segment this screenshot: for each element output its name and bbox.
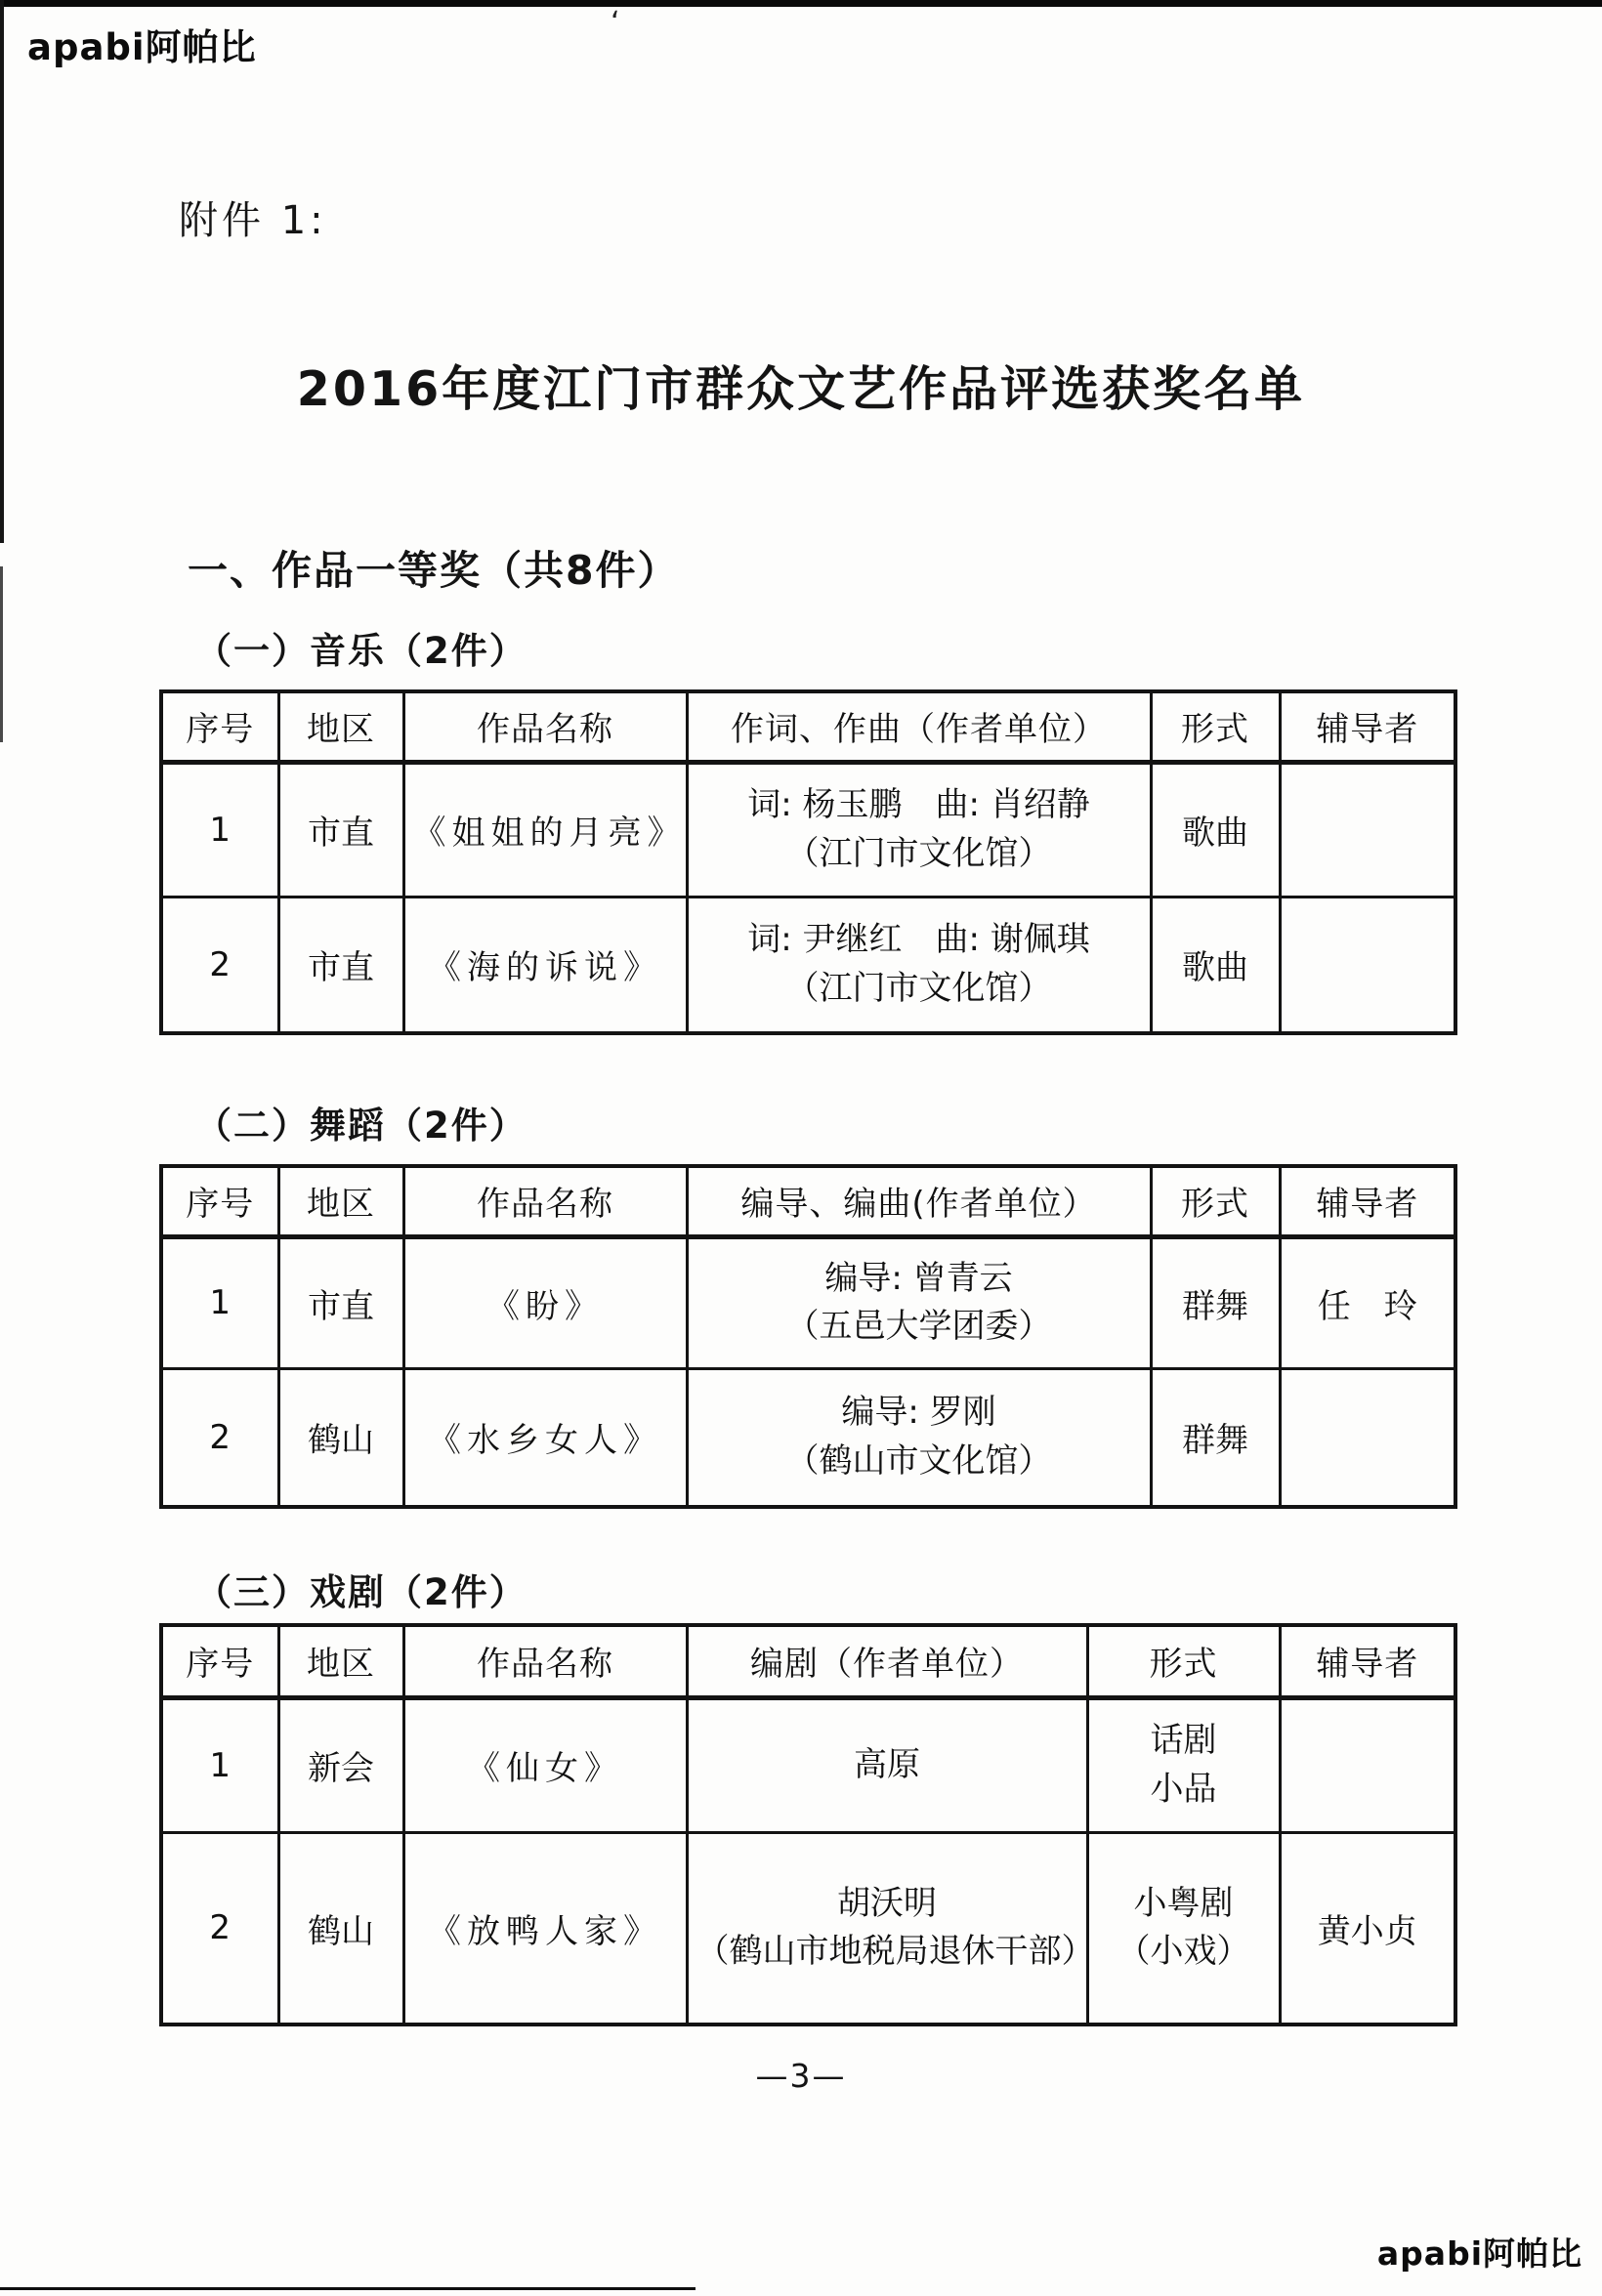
cell-work-title: 《盼》	[403, 1236, 687, 1368]
awards-table-dance: 序号 地区 作品名称 编导、编曲(作者单位） 形式 辅导者 1 市直 《盼》 编…	[159, 1164, 1457, 1509]
cell-serial: 2	[161, 897, 278, 1033]
author-line-1: 编导: 罗刚	[696, 1389, 1142, 1437]
author-line-2: （五邑大学团委）	[696, 1303, 1142, 1351]
cell-form: 群舞	[1151, 1368, 1280, 1507]
cell-tutor	[1280, 762, 1455, 897]
cell-authors: 词: 杨玉鹏 曲: 肖绍静 （江门市文化馆）	[687, 762, 1151, 897]
scan-artifact-top-strip	[0, 0, 1602, 7]
section-heading-music: （一）音乐（2件）	[195, 621, 527, 674]
cell-serial: 1	[161, 1236, 278, 1368]
cell-form: 小粤剧 （小戏）	[1087, 1832, 1280, 2025]
column-header-form: 形式	[1087, 1625, 1280, 1697]
column-header-region: 地区	[278, 1166, 403, 1236]
form-line-2: （小戏）	[1097, 1928, 1271, 1976]
document-page: ‘ apabi阿帕比 apabi阿帕比 附件 1: 2016年度江门市群众文艺作…	[0, 0, 1602, 2296]
cell-tutor	[1280, 1697, 1455, 1832]
column-header-region: 地区	[278, 691, 403, 762]
form-line-1: 话剧	[1097, 1717, 1271, 1765]
table-row: 2 鹤山 《水乡女人》 编导: 罗刚 （鹤山市文化馆） 群舞	[161, 1368, 1455, 1507]
column-header-work: 作品名称	[403, 1166, 687, 1236]
table-row: 1 市直 《姐姐的月亮》 词: 杨玉鹏 曲: 肖绍静 （江门市文化馆） 歌曲	[161, 762, 1455, 897]
table-header-row: 序号 地区 作品名称 编剧（作者单位） 形式 辅导者	[161, 1625, 1455, 1697]
column-header-tutor: 辅导者	[1280, 1625, 1455, 1697]
cell-region: 鹤山	[278, 1832, 403, 2025]
cell-authors: 胡沃明 （鹤山市地税局退休干部）	[687, 1832, 1087, 2025]
cell-region: 鹤山	[278, 1368, 403, 1507]
cell-form: 歌曲	[1151, 762, 1280, 897]
cell-work-title: 《仙女》	[403, 1697, 687, 1832]
cell-authors: 编导: 罗刚 （鹤山市文化馆）	[687, 1368, 1151, 1507]
cell-work-title: 《水乡女人》	[403, 1368, 687, 1507]
form-line-1: 小粤剧	[1097, 1880, 1271, 1928]
cell-form: 歌曲	[1151, 897, 1280, 1033]
column-header-authors: 编剧（作者单位）	[687, 1625, 1087, 1697]
form-line-2: 小品	[1097, 1766, 1271, 1814]
author-line-1: 胡沃明	[696, 1880, 1078, 1928]
table-header-row: 序号 地区 作品名称 作词、作曲（作者单位） 形式 辅导者	[161, 691, 1455, 762]
column-header-tutor: 辅导者	[1280, 691, 1455, 762]
column-header-region: 地区	[278, 1625, 403, 1697]
column-header-form: 形式	[1151, 691, 1280, 762]
author-line-2: （江门市文化馆）	[696, 965, 1142, 1013]
author-line-1: 词: 尹继红 曲: 谢佩琪	[696, 916, 1142, 964]
cell-tutor	[1280, 897, 1455, 1033]
award-level-heading: 一、作品一等奖（共8件）	[188, 538, 680, 596]
cell-form: 话剧 小品	[1087, 1697, 1280, 1832]
apabi-logo-bottom: apabi阿帕比	[1377, 2229, 1582, 2275]
cell-authors: 编导: 曾青云 （五邑大学团委）	[687, 1236, 1151, 1368]
table-row: 2 鹤山 《放鸭人家》 胡沃明 （鹤山市地税局退休干部） 小粤剧 （小戏） 黄小…	[161, 1832, 1455, 2025]
author-line-2: （江门市文化馆）	[696, 830, 1142, 878]
column-header-work: 作品名称	[403, 1625, 687, 1697]
page-number: —3—	[0, 2057, 1602, 2095]
column-header-serial: 序号	[161, 691, 278, 762]
column-header-serial: 序号	[161, 1625, 278, 1697]
column-header-authors: 编导、编曲(作者单位）	[687, 1166, 1151, 1236]
author-line-2: （鹤山市地税局退休干部）	[696, 1928, 1078, 1976]
cell-work-title: 《海的诉说》	[403, 897, 687, 1033]
section-heading-dance: （二）舞蹈（2件）	[195, 1096, 527, 1148]
author-line-1: 编导: 曾青云	[696, 1255, 1142, 1303]
cell-region: 市直	[278, 762, 403, 897]
column-header-tutor: 辅导者	[1280, 1166, 1455, 1236]
awards-table-drama: 序号 地区 作品名称 编剧（作者单位） 形式 辅导者 1 新会 《仙女》 高原 …	[159, 1623, 1457, 2026]
cell-region: 新会	[278, 1697, 403, 1832]
attachment-label: 附件 1:	[179, 189, 327, 245]
author-line-2: （鹤山市文化馆）	[696, 1438, 1142, 1485]
apabi-logo-top: apabi阿帕比	[27, 18, 257, 70]
column-header-form: 形式	[1151, 1166, 1280, 1236]
table-row: 1 市直 《盼》 编导: 曾青云 （五邑大学团委） 群舞 任 玲	[161, 1236, 1455, 1368]
cell-serial: 2	[161, 1832, 278, 2025]
author-line-1: 高原	[696, 1741, 1078, 1789]
cell-work-title: 《放鸭人家》	[403, 1832, 687, 2025]
cell-serial: 2	[161, 1368, 278, 1507]
section-heading-drama: （三）戏剧（2件）	[195, 1563, 527, 1615]
table-row: 2 市直 《海的诉说》 词: 尹继红 曲: 谢佩琪 （江门市文化馆） 歌曲	[161, 897, 1455, 1033]
page-title: 2016年度江门市群众文艺作品评选获奖名单	[0, 352, 1602, 420]
cell-region: 市直	[278, 1236, 403, 1368]
scan-artifact-stray-mark: ‘	[611, 6, 620, 40]
column-header-work: 作品名称	[403, 691, 687, 762]
cell-tutor	[1280, 1368, 1455, 1507]
cell-form: 群舞	[1151, 1236, 1280, 1368]
cell-tutor: 黄小贞	[1280, 1832, 1455, 2025]
column-header-serial: 序号	[161, 1166, 278, 1236]
cell-serial: 1	[161, 762, 278, 897]
cell-authors: 高原	[687, 1697, 1087, 1832]
scan-artifact-bottom-line	[0, 2287, 696, 2290]
awards-table-music: 序号 地区 作品名称 作词、作曲（作者单位） 形式 辅导者 1 市直 《姐姐的月…	[159, 689, 1457, 1035]
table-header-row: 序号 地区 作品名称 编导、编曲(作者单位） 形式 辅导者	[161, 1166, 1455, 1236]
author-line-1: 词: 杨玉鹏 曲: 肖绍静	[696, 781, 1142, 829]
scan-artifact-left-strip	[0, 0, 4, 543]
scan-artifact-left-tick	[0, 566, 3, 742]
column-header-authors: 作词、作曲（作者单位）	[687, 691, 1151, 762]
cell-authors: 词: 尹继红 曲: 谢佩琪 （江门市文化馆）	[687, 897, 1151, 1033]
table-row: 1 新会 《仙女》 高原 话剧 小品	[161, 1697, 1455, 1832]
cell-region: 市直	[278, 897, 403, 1033]
cell-serial: 1	[161, 1697, 278, 1832]
cell-work-title: 《姐姐的月亮》	[403, 762, 687, 897]
cell-tutor: 任 玲	[1280, 1236, 1455, 1368]
